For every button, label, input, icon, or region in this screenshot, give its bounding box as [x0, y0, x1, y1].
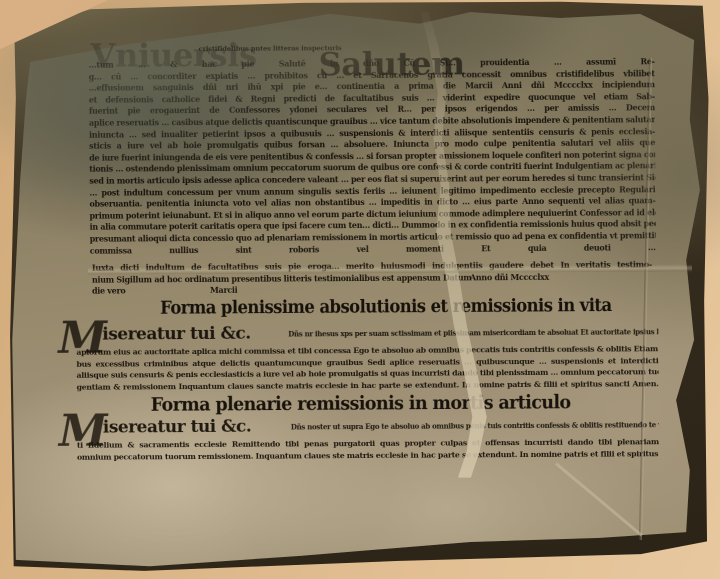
- body-text-block: …tum … & hac pie Salutē in dño Cū Si… pr…: [89, 56, 656, 257]
- month-marcii: Marcii: [210, 285, 237, 297]
- framed-indulgence-photo: Vniuersis cristifidelibus pntes litteras…: [0, 0, 720, 579]
- section-absolution-in-vita: M isereatur tui &c. Dñs nr ihesus xps pe…: [58, 313, 658, 397]
- section-line: Dñs nr ihesus xps per suam sctissimam et…: [288, 327, 658, 338]
- incipit-misereatur: isereatur tui &c.: [102, 324, 251, 345]
- incipit-misereatur: isereatur tui &c.: [103, 417, 252, 438]
- printed-text-layer: Vniuersis cristifidelibus pntes litteras…: [0, 0, 720, 579]
- die-vero-label: die vero: [92, 285, 125, 295]
- section-line: gentiam & remissionem Inquantum claues s…: [77, 378, 659, 393]
- section-lines: aplorum eius ac auctoritate aplica michi…: [76, 343, 658, 393]
- section-lines: ti fidelium & sacramentis ecclesie Remit…: [77, 436, 659, 463]
- anno-date: Anno dñi Mcccclxx: [470, 271, 549, 283]
